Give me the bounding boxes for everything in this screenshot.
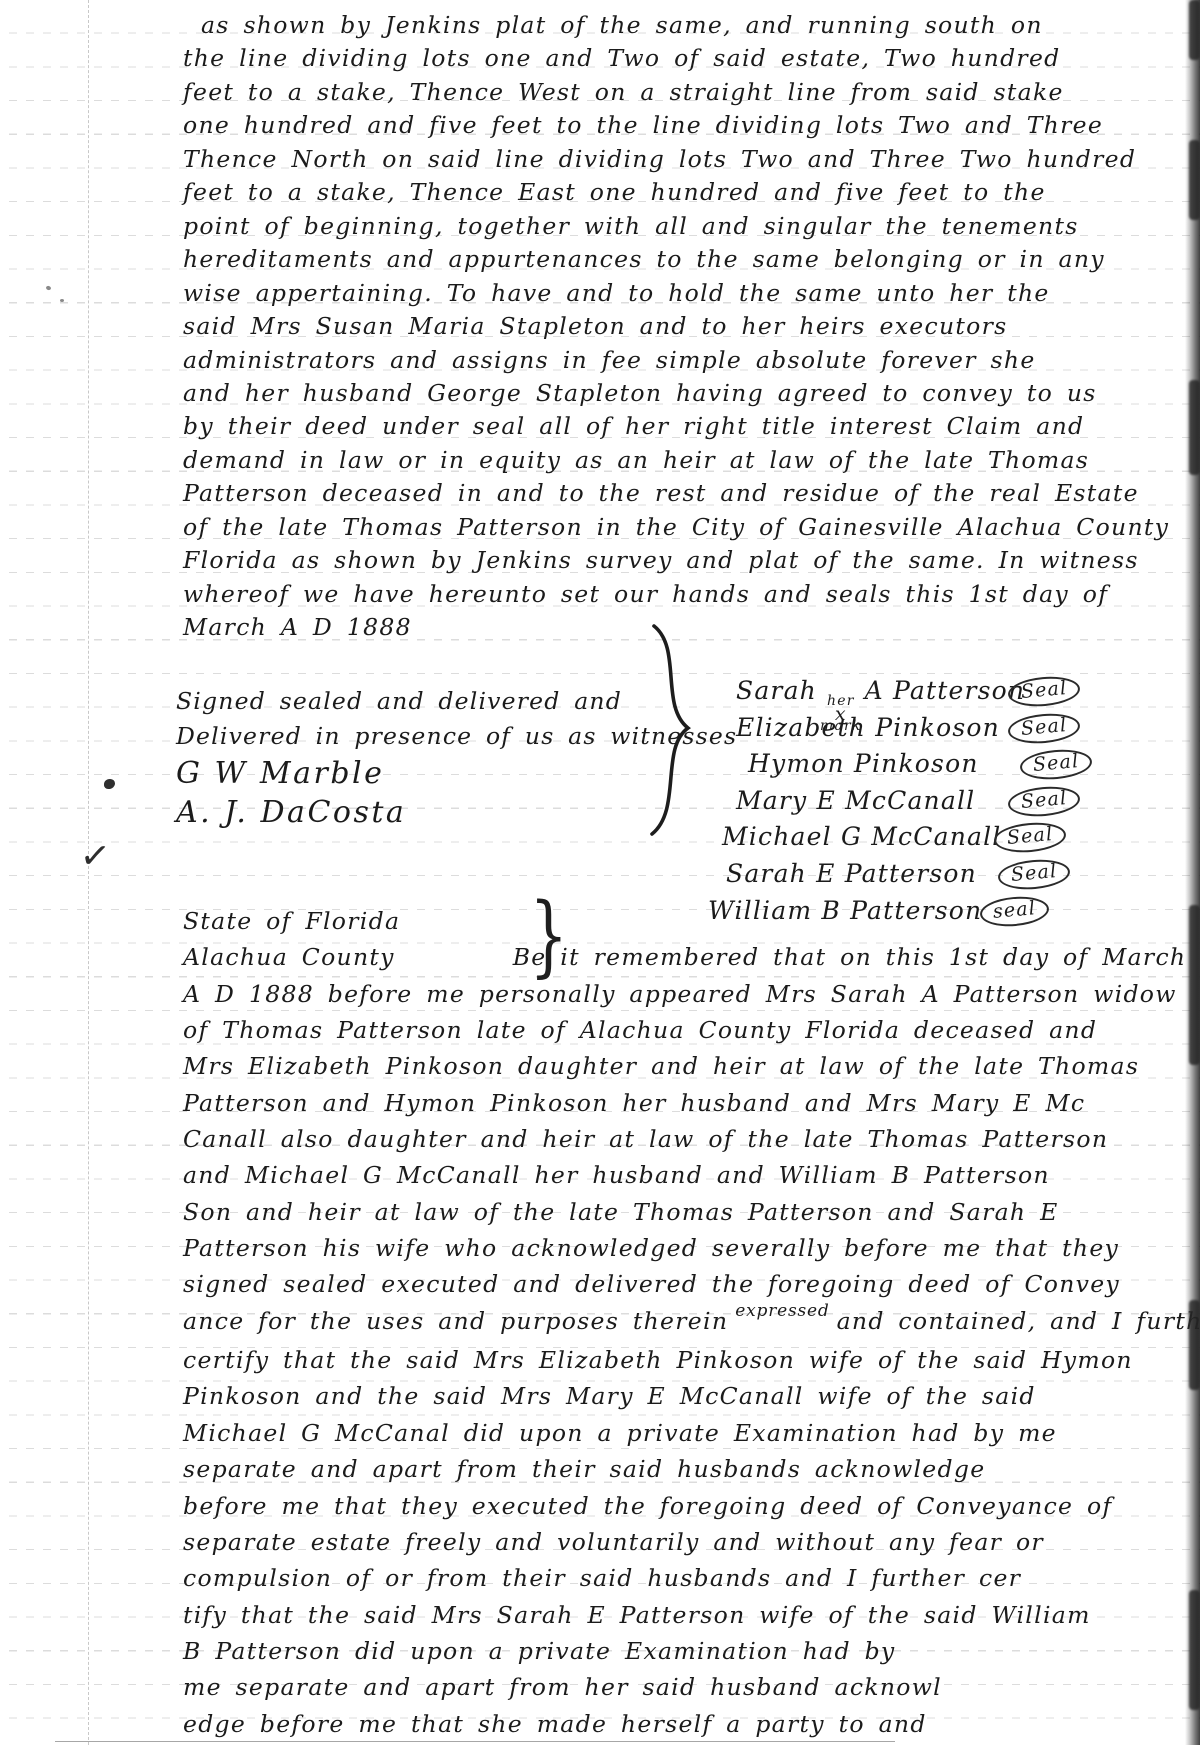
signature-row: Sarah E Patterson Seal [726, 859, 1025, 896]
scan-edge-mark [1189, 140, 1200, 220]
notary-line-part: ance for the uses and purposes therein [183, 1307, 728, 1335]
ink-blot [104, 779, 115, 789]
deed-line: wise appertaining. To have and to hold t… [183, 277, 1186, 310]
deed-line: Patterson deceased in and to the rest an… [183, 477, 1186, 510]
deed-line: administrators and assigns in fee simple… [183, 344, 1186, 377]
deed-line: said Mrs Susan Maria Stapleton and to he… [183, 310, 1186, 343]
deed-line: feet to a stake, Thence East one hundred… [183, 176, 1186, 209]
signer-name: Elizabeth Pinkoson [736, 713, 1000, 742]
scan-edge-mark [1189, 380, 1200, 475]
seal-stamp: Seal [1007, 784, 1082, 819]
signer-name: Sarah E Patterson [726, 859, 977, 888]
scan-edge-mark [1189, 0, 1200, 60]
notary-line: Be it remembered that on this 1st day of… [513, 943, 1187, 971]
signature-row: Mary E McCanall Seal [736, 786, 1025, 823]
signature-row: Elizabeth Pinkoson Seal [736, 713, 1025, 750]
notary-line: B Patterson did upon a private Examinati… [183, 1633, 1190, 1669]
signature-row: Michael G McCanall Seal [722, 822, 1025, 859]
notary-line: signed sealed executed and delivered the… [183, 1266, 1190, 1302]
notary-line: Patterson and Hymon Pinkoson her husband… [183, 1085, 1190, 1121]
notary-line: me separate and apart from her said husb… [183, 1669, 1190, 1705]
seal-stamp: Seal [997, 857, 1072, 892]
deed-line: Thence North on said line dividing lots … [183, 143, 1186, 176]
deed-line: Florida as shown by Jenkins survey and p… [183, 544, 1186, 577]
deed-line: feet to a stake, Thence West on a straig… [183, 76, 1186, 109]
notary-line: Patterson his wife who acknowledged seve… [183, 1230, 1190, 1266]
deed-body-paragraph: as shown by Jenkins plat of the same, an… [183, 9, 1186, 645]
signer-name: Mary E McCanall [736, 786, 975, 815]
notary-line: separate estate freely and voluntarily a… [183, 1524, 1190, 1560]
deed-line: one hundred and five feet to the line di… [183, 109, 1186, 142]
deed-record-page: as shown by Jenkins plat of the same, an… [0, 0, 1200, 1745]
deed-line: point of beginning, together with all an… [183, 210, 1186, 243]
deed-line: demand in law or in equity as an heir at… [183, 444, 1186, 477]
notary-line: Michael G McCanal did upon a private Exa… [183, 1415, 1190, 1451]
inserted-word: expressed [735, 1301, 829, 1321]
deed-line: the line dividing lots one and Two of sa… [183, 42, 1186, 75]
notary-line-part: and contained, and I further [837, 1307, 1200, 1335]
notary-line-with-insert: ance for the uses and purposes thereinex… [183, 1303, 1190, 1342]
notary-line: of Thomas Patterson late of Alachua Coun… [183, 1012, 1190, 1048]
notary-line: compulsion of or from their said husband… [183, 1560, 1190, 1596]
signature-column: SarahherxmarkA Patterson Seal Elizabeth … [736, 676, 1025, 932]
deed-line: hereditaments and appurtenances to the s… [183, 243, 1186, 276]
margin-check-mark: ✓ [78, 835, 112, 879]
scan-edge-mark [1189, 1300, 1200, 1390]
deed-line: as shown by Jenkins plat of the same, an… [183, 9, 1186, 42]
seal-stamp: Seal [993, 820, 1068, 855]
notary-line: tify that the said Mrs Sarah E Patterson… [183, 1597, 1190, 1633]
notary-county-line: Alachua CountyBe it remembered that on t… [183, 939, 1190, 975]
notary-state-line: State of Florida [183, 903, 1190, 939]
notary-line: edge before me that she made herself a p… [183, 1706, 1190, 1742]
ink-speck [60, 299, 64, 302]
bottom-rule-line [55, 1741, 895, 1742]
deed-line: of the late Thomas Patterson in the City… [183, 511, 1186, 544]
signer-name-part: Sarah [736, 676, 817, 705]
notary-line: certify that the said Mrs Elizabeth Pink… [183, 1342, 1190, 1378]
deed-line: and her husband George Stapleton having … [183, 377, 1186, 410]
scan-edge-band [1185, 0, 1200, 1745]
notary-line: Canall also daughter and heir at law of … [183, 1121, 1190, 1157]
notary-block: State of Florida Alachua CountyBe it rem… [183, 903, 1190, 1742]
notary-line: before me that they executed the foregoi… [183, 1488, 1190, 1524]
signer-name: Hymon Pinkoson [748, 749, 979, 778]
notary-line: Son and heir at law of the late Thomas P… [183, 1194, 1190, 1230]
notary-line: separate and apart from their said husba… [183, 1451, 1190, 1487]
scan-edge-mark [1189, 1590, 1200, 1710]
signer-name-part: A Patterson [865, 676, 1026, 705]
deed-line: by their deed under seal all of her righ… [183, 410, 1186, 443]
seal-stamp: Seal [1019, 747, 1094, 782]
signature-row: SarahherxmarkA Patterson Seal [736, 676, 1025, 713]
signer-name: Michael G McCanall [722, 822, 1002, 851]
notary-line: Mrs Elizabeth Pinkoson daughter and heir… [183, 1048, 1190, 1084]
curly-brace-large [644, 622, 698, 842]
deed-line: whereof we have hereunto set our hands a… [183, 578, 1186, 611]
signature-row: Hymon Pinkoson Seal [748, 749, 1025, 786]
county-name: Alachua County [183, 943, 395, 971]
seal-stamp: Seal [1007, 710, 1082, 745]
notary-line: and Michael G McCanall her husband and W… [183, 1157, 1190, 1193]
notary-line: A D 1888 before me personally appeared M… [183, 976, 1190, 1012]
ink-speck [45, 285, 51, 290]
scan-edge-mark [1189, 905, 1200, 1065]
notary-line: Pinkoson and the said Mrs Mary E McCanal… [183, 1378, 1190, 1414]
